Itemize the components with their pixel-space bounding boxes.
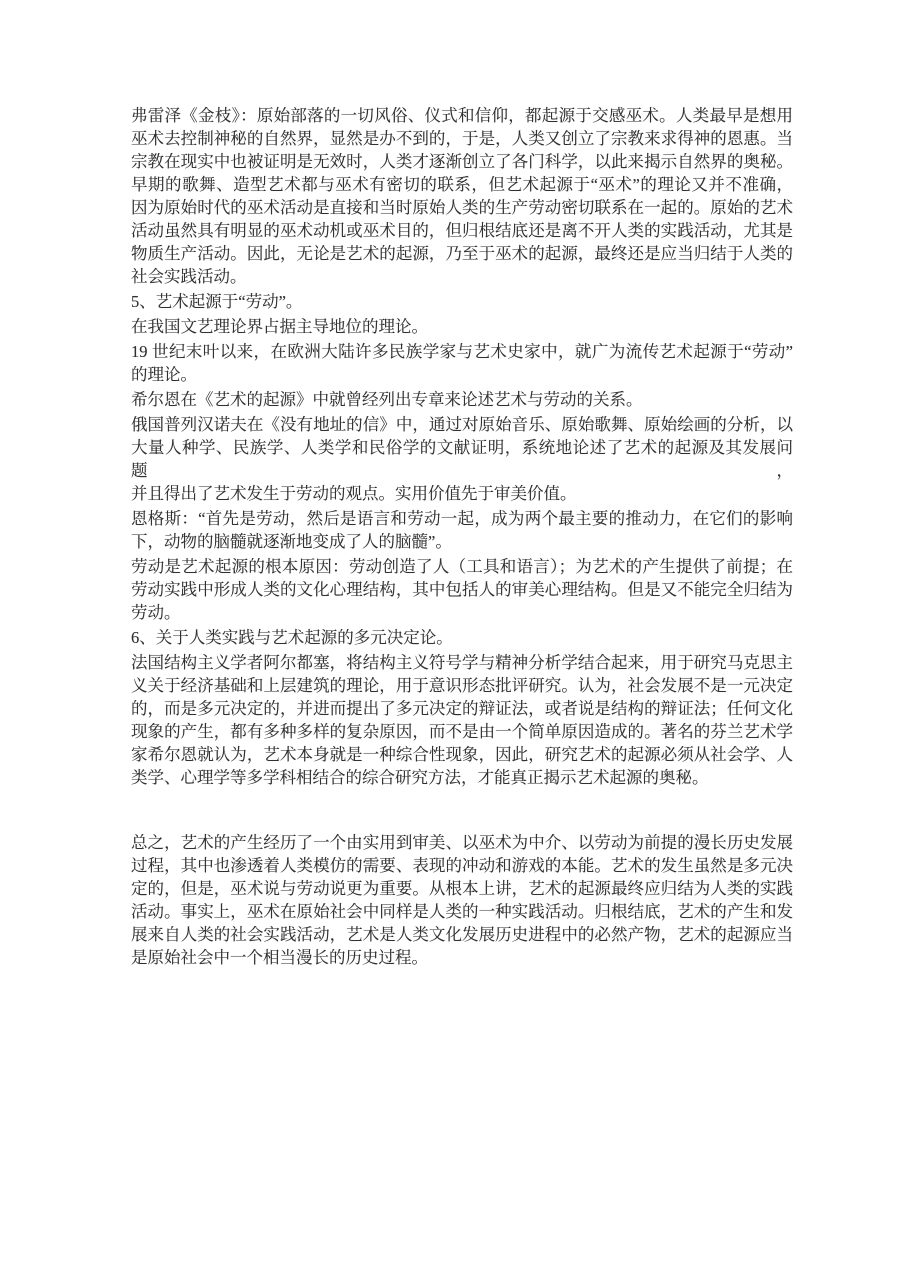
text-line: 类学、心理学等多学科相结合的综合研究方法，才能真正揭示艺术起源的奥秘。: [131, 766, 793, 789]
text-line: 早期的歌舞、造型艺术都与巫术有密切的联系，但艺术起源于“巫术”的理论又并不准确，: [131, 173, 793, 196]
text-line: 的理论。: [131, 363, 793, 386]
paragraph-conclusion: 总之，艺术的产生经历了一个由实用到审美、以巫术为中介、以劳动为前提的漫长历史发展…: [131, 831, 793, 969]
text-line: 的，而是多元决定的，并进而提出了多元决定的辩证法，或者说是结构的辩证法；任何文化: [131, 697, 793, 720]
text-line: 因为原始时代的巫术活动是直接和当时原始人类的生产劳动密切联系在一起的。原始的艺术: [131, 196, 793, 219]
text-line: 5、艺术起源于“劳动”。: [131, 290, 793, 313]
text-line: 俄国普列汉诺夫在《没有地址的信》中，通过对原始音乐、原始歌舞、原始绘画的分析，以: [131, 413, 793, 436]
paragraph-plekhanov-letters: 俄国普列汉诺夫在《没有地址的信》中，通过对原始音乐、原始歌舞、原始绘画的分析，以…: [131, 413, 793, 505]
text-line: 定的，但是，巫术说与劳动说更为重要。从根本上讲，艺术的起源最终应归结为人类的实践: [131, 877, 793, 900]
text-line: 希尔恩在《艺术的起源》中就曾经列出专章来论述艺术与劳动的关系。: [131, 388, 793, 411]
paragraph-frazer-magic-theory: 弗雷泽《金枝》：原始部落的一切风俗、仪式和信仰，都起源于交感巫术。人类最早是想用…: [131, 104, 793, 288]
paragraph-labor-theory-history: 19 世纪末叶以来，在欧洲大陆许多民族学家与艺术史家中，就广为流传艺术起源于“劳…: [131, 340, 793, 386]
text-block: 弗雷泽《金枝》：原始部落的一切风俗、仪式和信仰，都起源于交感巫术。人类最早是想用…: [131, 104, 793, 969]
text-line: 总之，艺术的产生经历了一个由实用到审美、以巫术为中介、以劳动为前提的漫长历史发展: [131, 831, 793, 854]
text-line: 恩格斯：“首先是劳动，然后是语言和劳动一起，成为两个最主要的推动力，在它们的影响: [131, 507, 793, 530]
text-line: 弗雷泽《金枝》：原始部落的一切风俗、仪式和信仰，都起源于交感巫术。人类最早是想用: [131, 104, 793, 127]
text-line: 展来自人类的社会实践活动，艺术是人类文化发展历史进程中的必然产物，艺术的起源应当: [131, 923, 793, 946]
text-line: 在我国文艺理论界占据主导地位的理论。: [131, 315, 793, 338]
text-line: 6、关于人类实践与艺术起源的多元决定论。: [131, 626, 793, 649]
text-line: 现象的产生，都有多种多样的复杂原因，而不是由一个简单原因造成的。著名的芬兰艺术学: [131, 720, 793, 743]
text-line: 活动。事实上，巫术在原始社会中同样是人类的一种实践活动。归根结底，艺术的产生和发: [131, 900, 793, 923]
text-line: 家希尔恩就认为，艺术本身就是一种综合性现象，因此，研究艺术的起源必须从社会学、人: [131, 743, 793, 766]
paragraph-heading-labor-theory: 5、艺术起源于“劳动”。: [131, 290, 793, 313]
text-line: 过程，其中也渗透着人类模仿的需要、表现的冲动和游戏的本能。艺术的发生虽然是多元决: [131, 854, 793, 877]
text-line: 大量人种学、民族学、人类学和民俗学的文献证明，系统地论述了艺术的起源及其发展问题…: [131, 436, 793, 482]
paragraph-engels-quote: 恩格斯：“首先是劳动，然后是语言和劳动一起，成为两个最主要的推动力，在它们的影响…: [131, 507, 793, 553]
paragraph-labor-theory-status: 在我国文艺理论界占据主导地位的理论。: [131, 315, 793, 338]
text-line: 巫术去控制神秘的自然界，显然是办不到的，于是，人类又创立了宗教来求得神的恩惠。当: [131, 127, 793, 150]
text-line: 法国结构主义学者阿尔都塞，将结构主义符号学与精神分析学结合起来，用于研究马克思主: [131, 651, 793, 674]
text-line: 是原始社会中一个相当漫长的历史过程。: [131, 946, 793, 969]
text-line: 并且得出了艺术发生于劳动的观点。实用价值先于审美价值。: [131, 482, 793, 505]
paragraph-labor-root-cause: 劳动是艺术起源的根本原因：劳动创造了人（工具和语言）；为艺术的产生提供了前提；在…: [131, 555, 793, 624]
text-line: 劳动。: [131, 601, 793, 624]
paragraph-althusser-multiple-determination: 法国结构主义学者阿尔都塞，将结构主义符号学与精神分析学结合起来，用于研究马克思主…: [131, 651, 793, 789]
text-line: 社会实践活动。: [131, 265, 793, 288]
text-line: 物质生产活动。因此，无论是艺术的起源，乃至于巫术的起源，最终还是应当归结于人类的: [131, 242, 793, 265]
text-line: 劳动实践中形成人类的文化心理结构，其中包括人的审美心理结构。但是又不能完全归结为: [131, 578, 793, 601]
text-line: 下，动物的脑髓就逐渐地变成了人的脑髓”。: [131, 530, 793, 553]
text-line: 19 世纪末叶以来，在欧洲大陆许多民族学家与艺术史家中，就广为流传艺术起源于“劳…: [131, 340, 793, 363]
document-page: 弗雷泽《金枝》：原始部落的一切风俗、仪式和信仰，都起源于交感巫术。人类最早是想用…: [0, 0, 900, 1272]
text-line: 宗教在现实中也被证明是无效时，人类才逐渐创立了各门科学，以此来揭示自然界的奥秘。: [131, 150, 793, 173]
paragraph-heading-multiple-determination: 6、关于人类实践与艺术起源的多元决定论。: [131, 626, 793, 649]
text-line: 活动虽然具有明显的巫术动机或巫术目的，但归根结底还是离不开人类的实践活动，尤其是: [131, 219, 793, 242]
text-line: 劳动是艺术起源的根本原因：劳动创造了人（工具和语言）；为艺术的产生提供了前提；在: [131, 555, 793, 578]
paragraph-hirn-origins-of-art: 希尔恩在《艺术的起源》中就曾经列出专章来论述艺术与劳动的关系。: [131, 388, 793, 411]
text-line: 义关于经济基础和上层建筑的理论，用于意识形态批评研究。认为，社会发展不是一元决定: [131, 674, 793, 697]
